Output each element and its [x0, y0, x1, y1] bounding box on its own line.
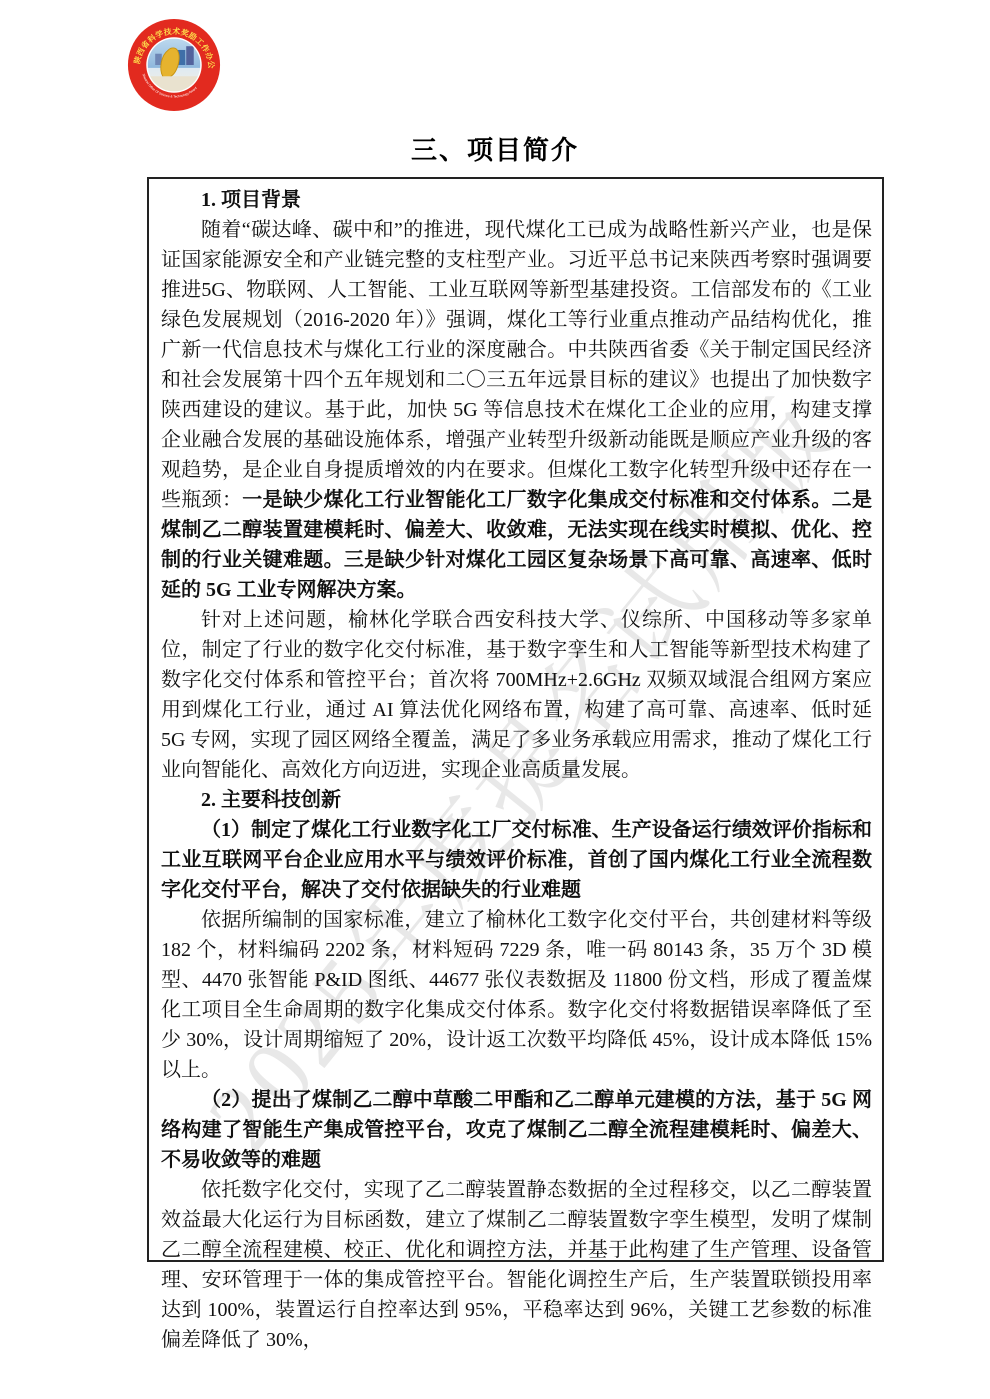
page-title: 三、项目简介 — [0, 130, 990, 167]
innovation-2-heading: （2）提出了煤制乙二醇中草酸二甲酯和乙二醇单元建模的方法，基于 5G 网络构建了… — [161, 1085, 872, 1175]
innovation-1-heading: （1）制定了煤化工行业数字化工厂交付标准、生产设备运行绩效评价指标和工业互联网平… — [161, 815, 872, 905]
innovation-2-paragraph: 依托数字化交付，实现了乙二醇装置静态数据的全过程移交，以乙二醇装置效益最大化运行… — [161, 1175, 872, 1355]
section-1-heading: 1. 项目背景 — [161, 185, 872, 215]
background-text: 随着“碳达峰、碳中和”的推进，现代煤化工已成为战略性新兴产业，也是保证国家能源安… — [161, 219, 872, 511]
award-office-seal: 陕西省科学技术奖励工作办公室 Shaanxi Office Of Science… — [127, 18, 221, 112]
bottleneck-bold-text: 一是缺少煤化工行业智能化工厂数字化集成交付标准和交付体系。二是煤制乙二醇装置建模… — [161, 489, 872, 601]
seal-center-photo — [148, 39, 201, 92]
seal-icon: 陕西省科学技术奖励工作办公室 Shaanxi Office Of Science… — [127, 18, 221, 112]
background-paragraph: 随着“碳达峰、碳中和”的推进，现代煤化工已成为战略性新兴产业，也是保证国家能源安… — [161, 215, 872, 605]
content-body: 1. 项目背景 随着“碳达峰、碳中和”的推进，现代煤化工已成为战略性新兴产业，也… — [149, 179, 882, 1355]
solution-paragraph: 针对上述问题，榆林化学联合西安科技大学、仪综所、中国移动等多家单位，制定了行业的… — [161, 605, 872, 785]
innovation-1-paragraph: 依据所编制的国家标准，建立了榆林化工数字化交付平台，共创建材料等级 182 个，… — [161, 905, 872, 1085]
content-box: 1. 项目背景 随着“碳达峰、碳中和”的推进，现代煤化工已成为战略性新兴产业，也… — [147, 177, 884, 1262]
section-2-heading: 2. 主要科技创新 — [161, 785, 872, 815]
